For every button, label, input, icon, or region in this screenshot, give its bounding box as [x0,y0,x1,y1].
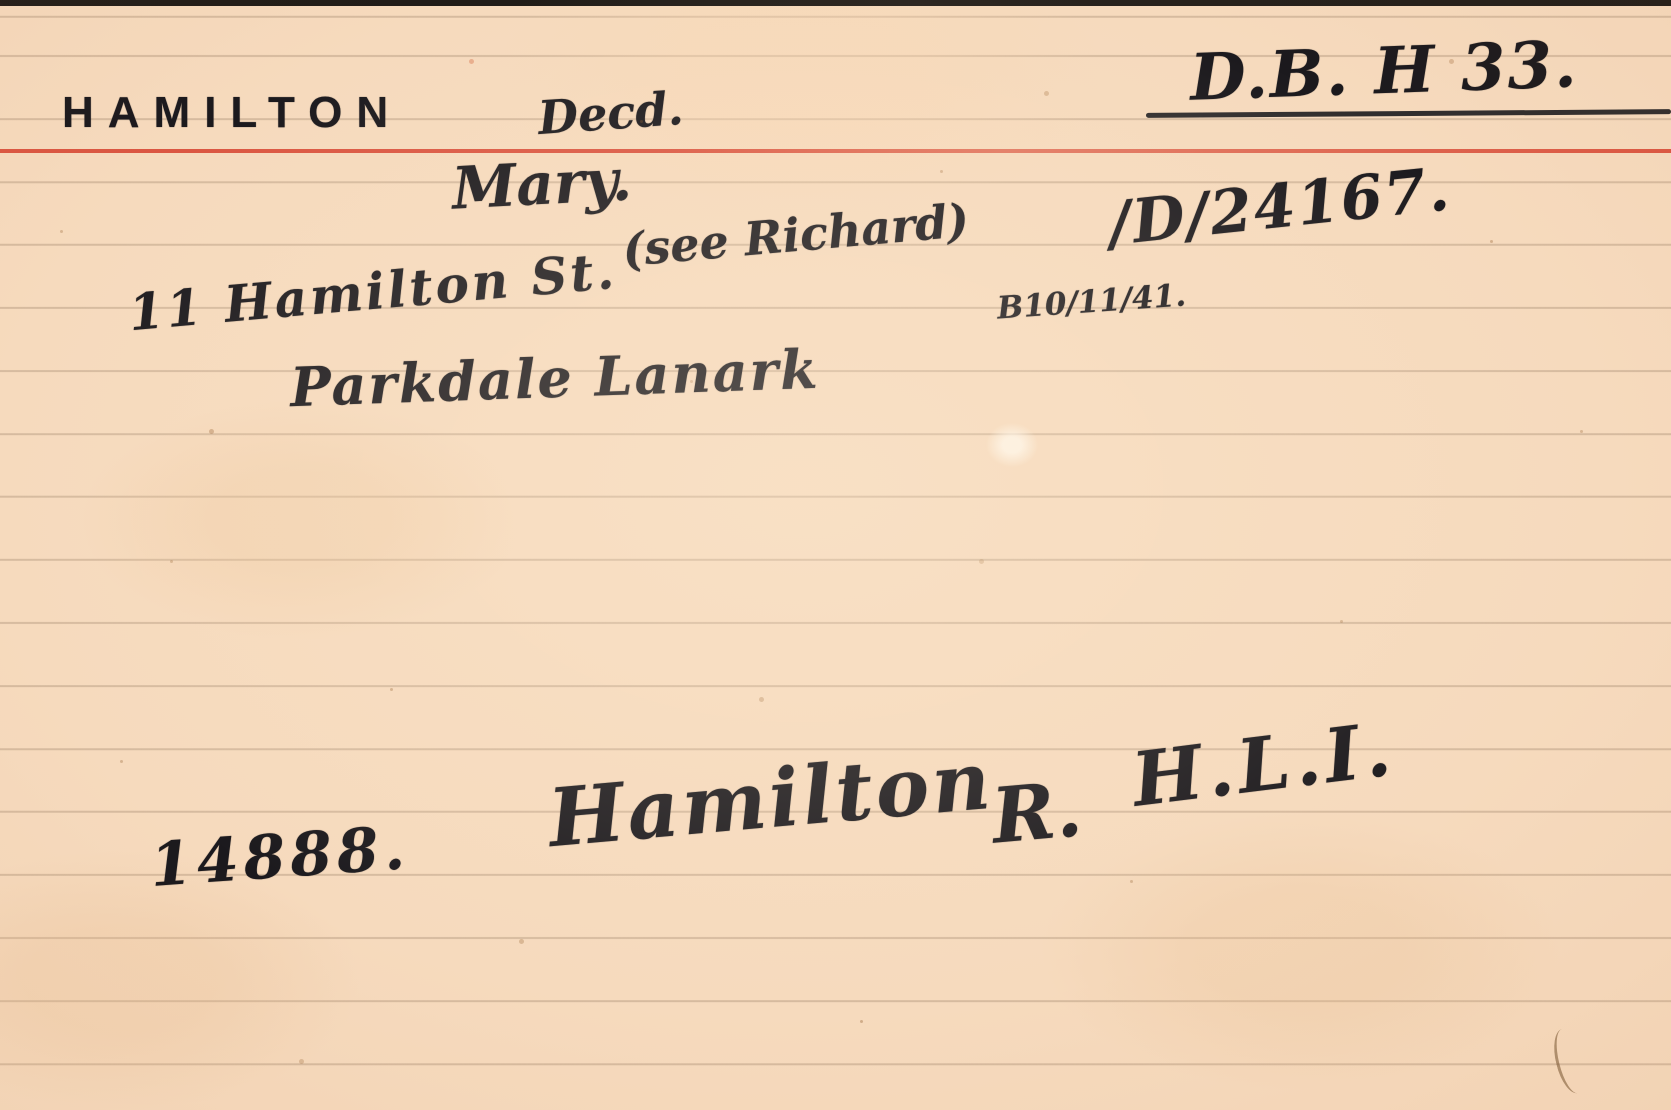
deceased-note: Decd. [536,81,685,145]
address-line-1: 11 Hamilton St. [126,241,619,342]
regiment-abbreviation: H.L.I. [1128,706,1400,824]
record-number: 14888. [148,813,412,901]
red-ruled-line [0,149,1671,153]
paper-speckles [0,0,3,3]
given-name: Mary. [450,145,633,222]
scan-edge-top [0,0,1671,6]
reference-number: /D/24167. [1105,154,1454,260]
paper-fiber [1548,1026,1591,1097]
date-note: B10/11/41. [996,277,1187,326]
index-card: HAMILTON Decd. Mary. (see Richard) D.B. … [0,0,1671,1110]
record-initial: R. [988,764,1085,860]
cross-reference-note: (see Richard) [620,193,971,277]
address-line-2: Parkdale Lanark [289,337,820,419]
record-surname: Hamilton [545,733,997,865]
cancelled-reference: D.B. H 33. [1189,27,1580,116]
surname-heading: HAMILTON [62,88,402,138]
